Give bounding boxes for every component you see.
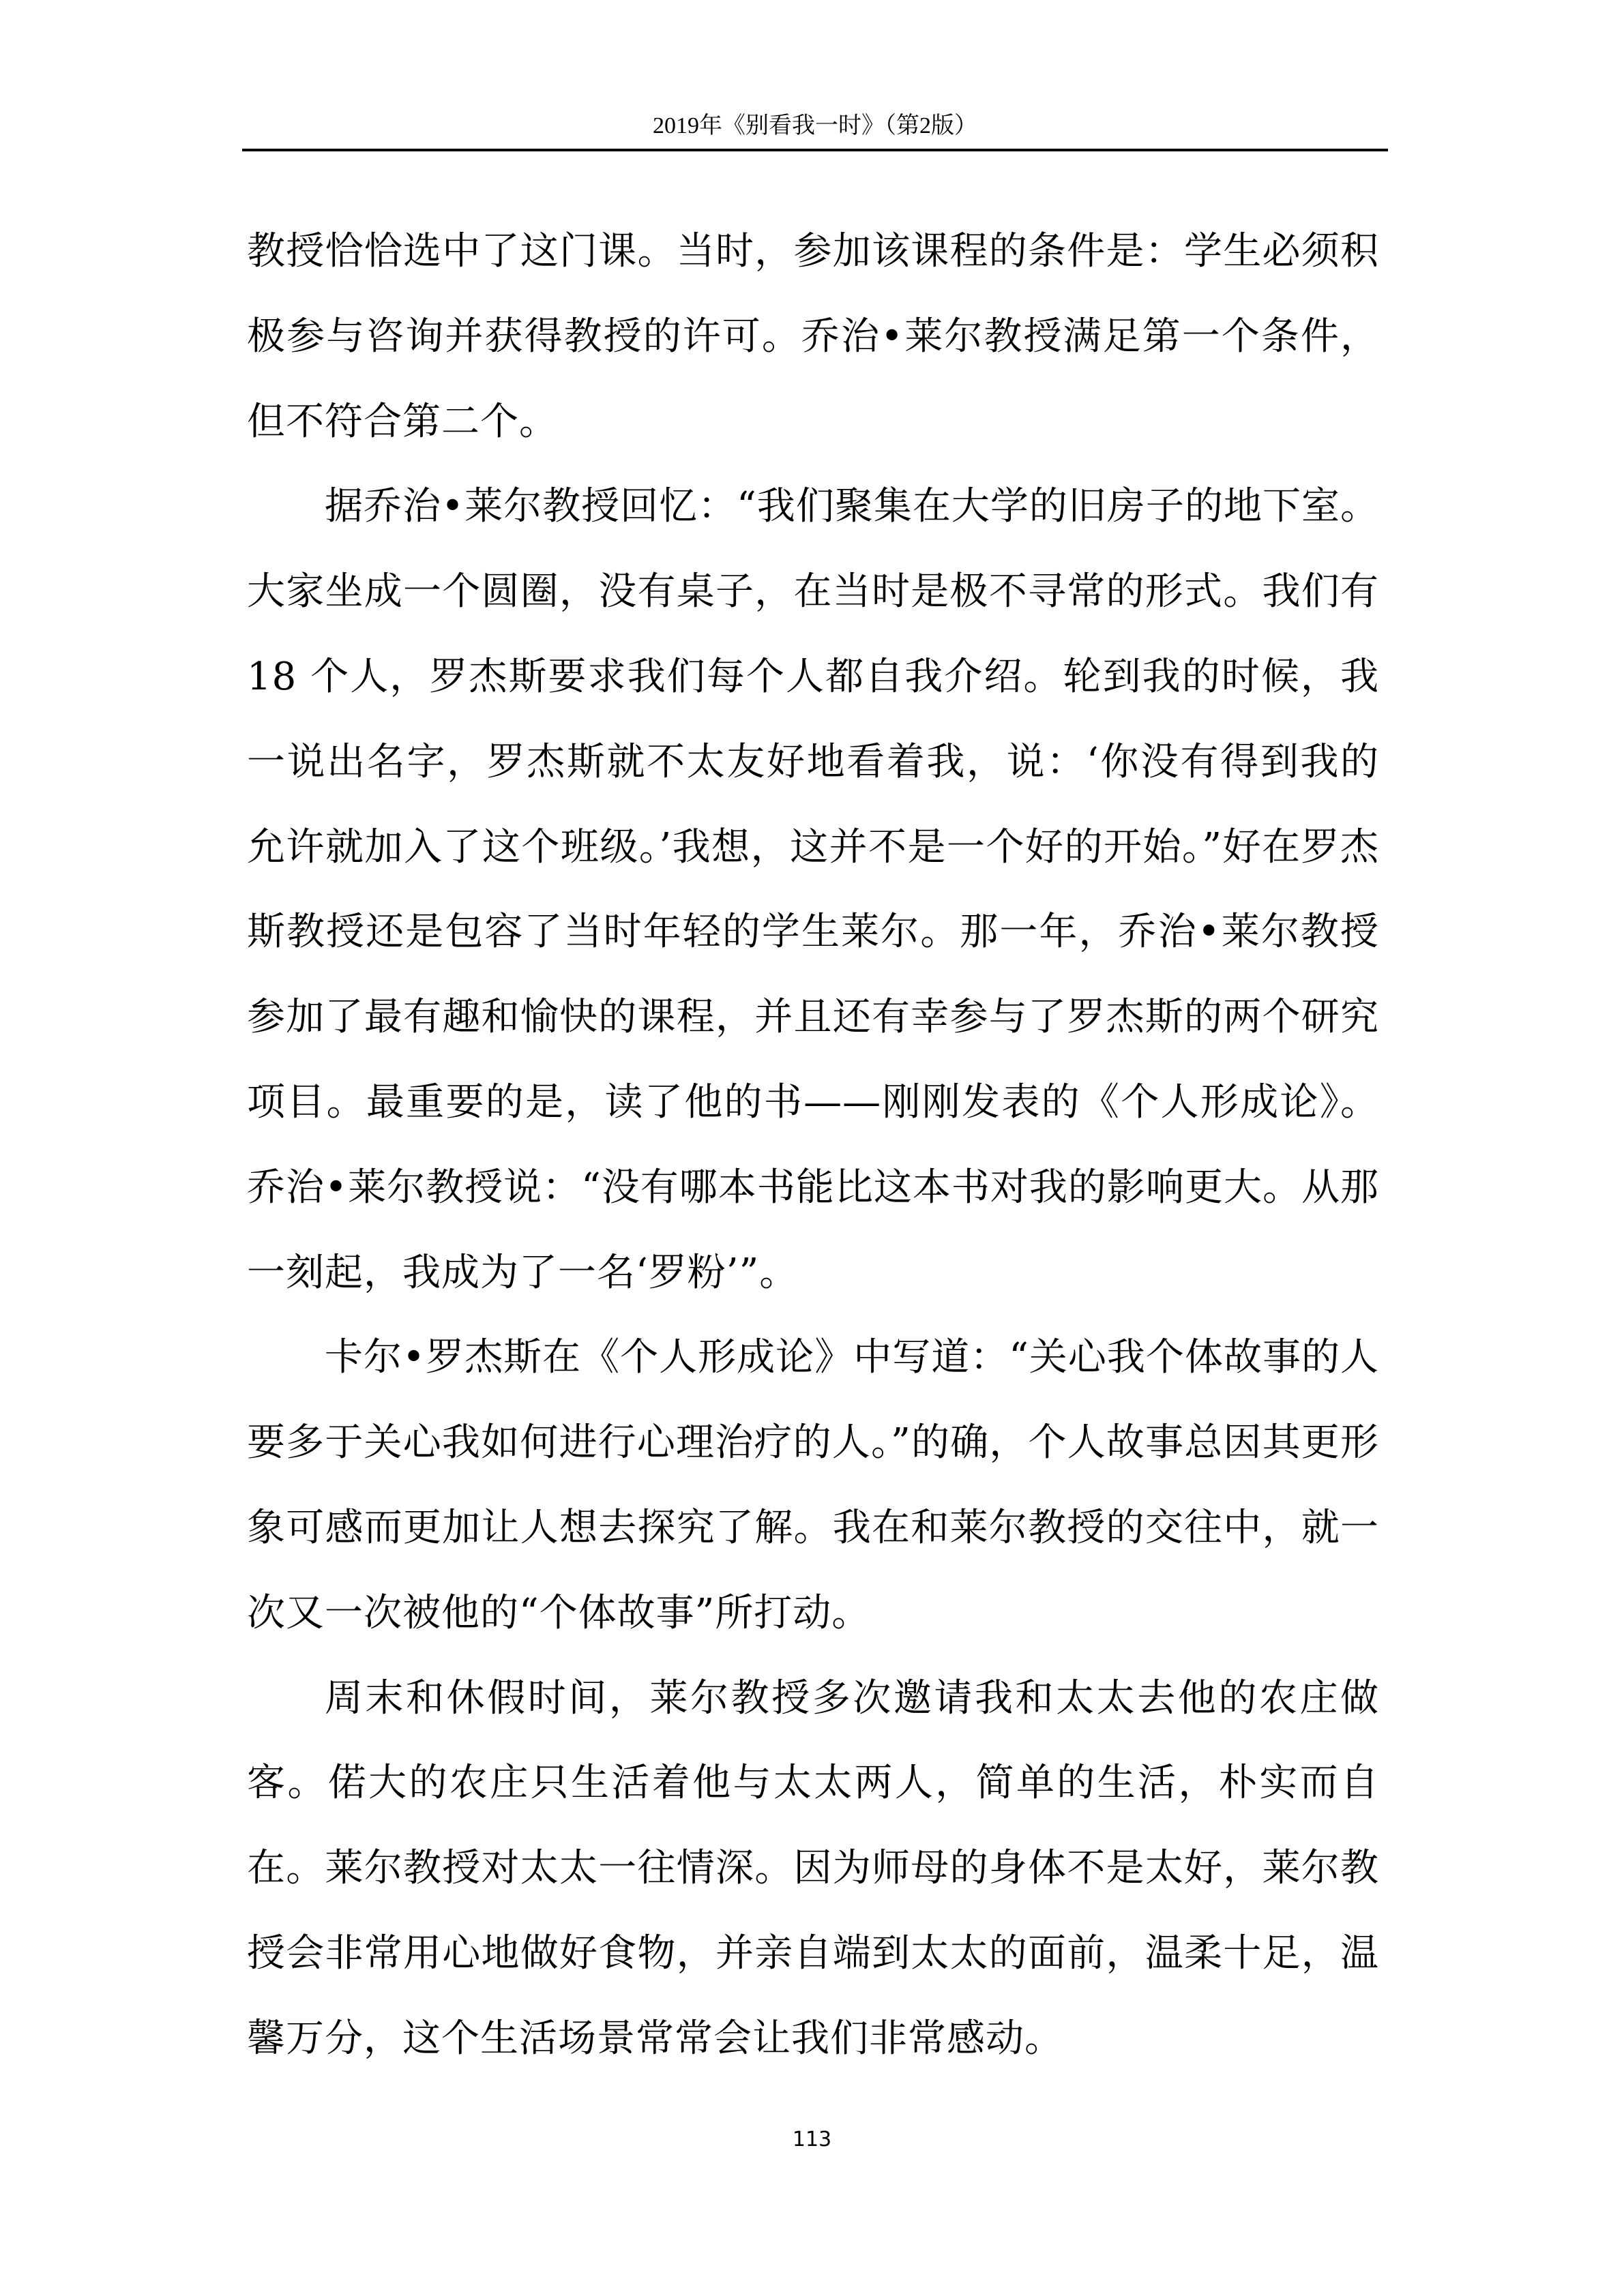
body-text: 教授恰恰选中了这门课。当时，参加该课程的条件是：学生必须积极参与咨询并获得教授的… — [247, 209, 1379, 2082]
page-number-text: 113 — [793, 2128, 831, 2151]
paragraph-4: 周末和休假时间，莱尔教授多次邀请我和太太去他的农庄做客。偌大的农庄只生活着他与太… — [247, 1656, 1379, 2082]
header-title: 2019年《别看我一时》（第2版） — [653, 113, 977, 138]
header-divider — [242, 149, 1388, 151]
page-number: 113 — [0, 2126, 1624, 2153]
paragraph-2: 据乔治•莱尔教授回忆：“我们聚集在大学的旧房子的地下室。大家坐成一个圆圈，没有桌… — [247, 464, 1379, 1315]
paragraph-3: 卡尔•罗杰斯在《个人形成论》中写道：“关心我个体故事的人要多于关心我如何进行心理… — [247, 1315, 1379, 1656]
running-header: 2019年《别看我一时》（第2版） — [242, 109, 1388, 143]
paragraph-1: 教授恰恰选中了这门课。当时，参加该课程的条件是：学生必须积极参与咨询并获得教授的… — [247, 209, 1379, 464]
